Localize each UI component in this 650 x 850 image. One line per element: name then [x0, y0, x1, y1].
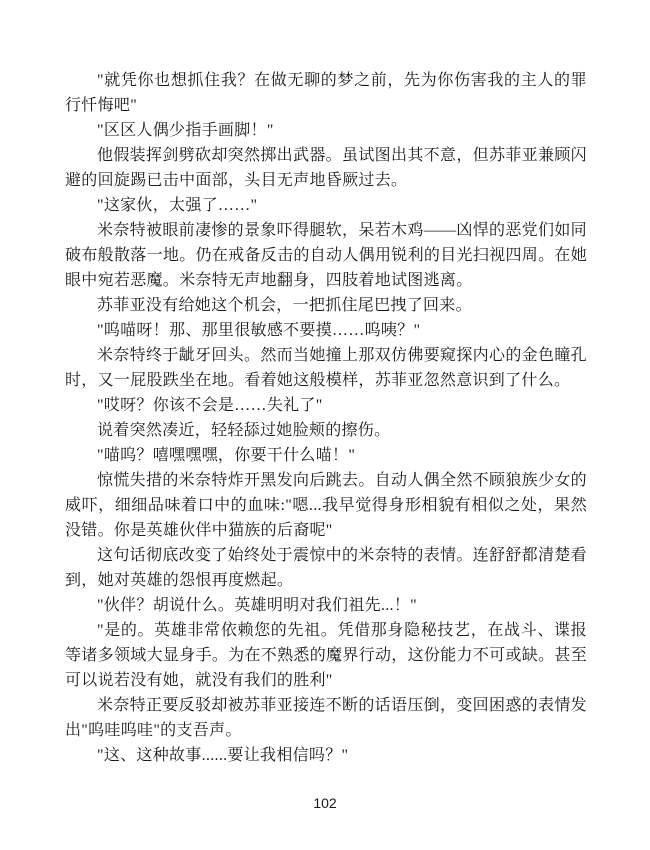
- paragraph: 他假装挥剑劈砍却突然掷出武器。虽试图出其不意，但苏菲亚兼顾闪避的回旋踢已击中面部…: [65, 143, 587, 193]
- paragraph: 米奈特被眼前凄惨的景象吓得腿软，呆若木鸡——凶悍的恶党们如同破布般散落一地。仍在…: [65, 218, 587, 293]
- paragraph: 米奈特终于龇牙回头。然而当她撞上那双仿佛要窥探内心的金色瞳孔时，又一屁股跌坐在地…: [65, 343, 587, 393]
- paragraph: 惊慌失措的米奈特炸开黑发向后跳去。自动人偶全然不顾狼族少女的威吓，细细品味着口中…: [65, 468, 587, 543]
- paragraph: "这家伙，太强了……": [65, 193, 587, 218]
- document-page: "就凭你也想抓住我？在做无聊的梦之前，先为你伤害我的主人的罪行忏悔吧""区区人偶…: [0, 0, 650, 850]
- text-block: "就凭你也想抓住我？在做无聊的梦之前，先为你伤害我的主人的罪行忏悔吧""区区人偶…: [65, 68, 587, 768]
- paragraph: "呜喵呀！那、那里很敏感不要摸……呜咦？": [65, 318, 587, 343]
- paragraph: 米奈特正要反驳却被苏菲亚接连不断的话语压倒，变回困惑的表情发出"呜哇呜哇"的支吾…: [65, 693, 587, 743]
- paragraph: "这、这种故事......要让我相信吗？": [65, 743, 587, 768]
- paragraph: "就凭你也想抓住我？在做无聊的梦之前，先为你伤害我的主人的罪行忏悔吧": [65, 68, 587, 118]
- page-number: 102: [0, 795, 650, 811]
- paragraph: "喵呜？嘻嘿嘿嘿，你要干什么喵！": [65, 443, 587, 468]
- paragraph: "哎呀？你该不会是……失礼了": [65, 393, 587, 418]
- paragraph: "区区人偶少指手画脚！": [65, 118, 587, 143]
- paragraph: 说着突然凑近，轻轻舔过她脸颊的擦伤。: [65, 418, 587, 443]
- paragraph: "伙伴？胡说什么。英雄明明对我们祖先...！": [65, 593, 587, 618]
- paragraph: "是的。英雄非常依赖您的先祖。凭借那身隐秘技艺，在战斗、谍报等诸多领域大显身手。…: [65, 618, 587, 693]
- paragraph: 这句话彻底改变了始终处于震惊中的米奈特的表情。连舒舒都清楚看到，她对英雄的怨恨再…: [65, 543, 587, 593]
- paragraph: 苏菲亚没有给她这个机会，一把抓住尾巴拽了回来。: [65, 293, 587, 318]
